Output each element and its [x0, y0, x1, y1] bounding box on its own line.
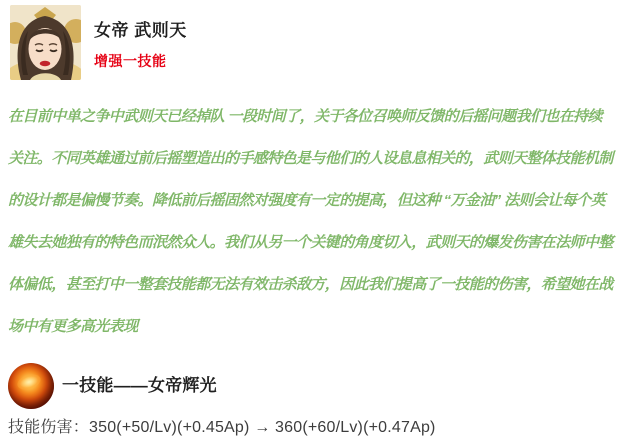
buff-tag: 增强一技能	[94, 51, 167, 71]
patch-note-page: { "header": { "title": "女帝 武则天", "buff_t…	[0, 0, 640, 442]
hero-title: 女帝 武则天	[94, 16, 187, 41]
paragraph-line: 在目前中单之争中武则天已经掉队 一段时间了，关于各位召唤师反馈的后摇问题我们也在…	[8, 96, 638, 138]
skill-title: 一技能——女帝辉光	[62, 371, 217, 396]
paragraph-line: 的设计都是偏慢节奏。降低前后摇固然对强度有一定的提高，但这种 “万金油” 法则会…	[8, 180, 638, 222]
hero-avatar	[10, 5, 81, 80]
fireball-skill-icon	[8, 363, 54, 409]
paragraph-line: 雄失去她独有的特色而泯然众人。我们从另一个关键的角度切入，武则天的爆发伤害在法师…	[8, 222, 638, 264]
skill-damage-line: 技能伤害：350(+50/Lv)(+0.45Ap) → 360(+60/Lv)(…	[8, 414, 436, 437]
patch-notes-paragraph: 在目前中单之争中武则天已经掉队 一段时间了，关于各位召唤师反馈的后摇问题我们也在…	[8, 96, 638, 348]
wuzetian-portrait-icon	[10, 5, 81, 80]
paragraph-line: 体偏低，甚至打中一整套技能都无法有效击杀敌方，因此我们提高了一技能的伤害，希望她…	[8, 264, 638, 306]
paragraph-line: 场中有更多高光表现	[8, 306, 638, 348]
paragraph-line: 关注。不同英雄通过前后摇塑造出的手感特色是与他们的人设息息相关的，武则天整体技能…	[8, 138, 638, 180]
